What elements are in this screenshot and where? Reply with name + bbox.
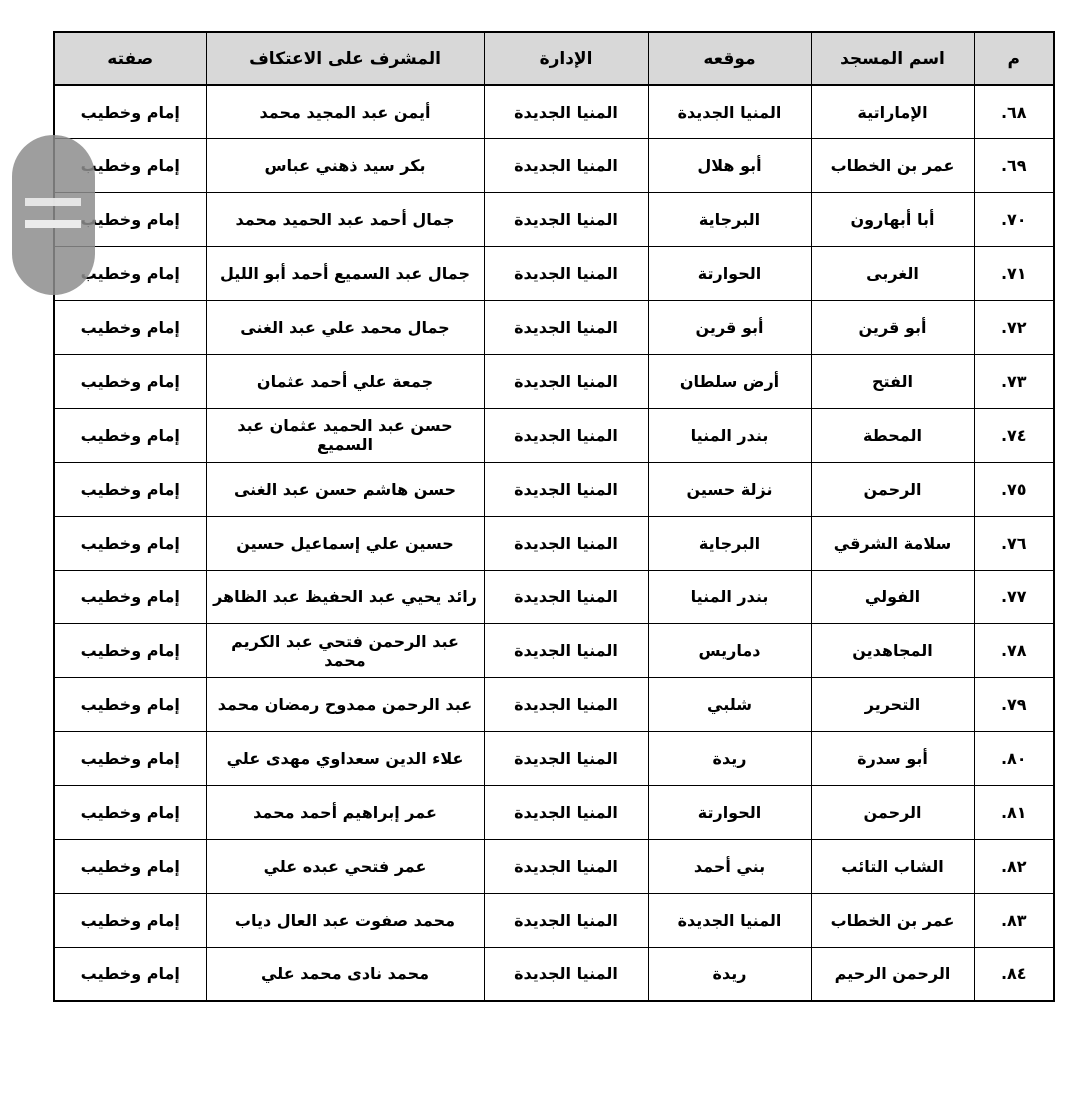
mosque-supervisors-table-container: ماسم المسجدموقعهالإدارةالمشرف على الاعتك… [53,31,1057,1002]
cell-mosque: أبو سدرة [811,732,974,786]
column-header-mosque: اسم المسجد [811,32,974,85]
cell-num: ٧٥. [974,462,1054,516]
cell-mosque: الفتح [811,354,974,408]
cell-admin: المنيا الجديدة [484,301,648,355]
cell-mosque: الشاب التائب [811,839,974,893]
table-header: ماسم المسجدموقعهالإدارةالمشرف على الاعتك… [54,32,1054,85]
cell-location: ريدة [648,732,811,786]
cell-admin: المنيا الجديدة [484,408,648,462]
cell-admin: المنيا الجديدة [484,85,648,139]
cell-admin: المنيا الجديدة [484,893,648,947]
cell-supervisor: حسين علي إسماعيل حسين [206,516,484,570]
cell-supervisor: محمد صفوت عبد العال دياب [206,893,484,947]
cell-role: إمام وخطيب [54,786,206,840]
cell-supervisor: حسن هاشم حسن عبد الغنى [206,462,484,516]
cell-supervisor: جمعة علي أحمد عثمان [206,354,484,408]
cell-role: إمام وخطيب [54,893,206,947]
drag-handle[interactable] [12,135,95,295]
cell-mosque: الرحمن [811,786,974,840]
cell-location: البرجاية [648,516,811,570]
cell-num: ٨٣. [974,893,1054,947]
cell-mosque: الفولي [811,570,974,624]
handle-line-icon [25,220,81,228]
cell-admin: المنيا الجديدة [484,839,648,893]
cell-supervisor: أيمن عبد المجيد محمد [206,85,484,139]
cell-role: إمام وخطيب [54,516,206,570]
cell-admin: المنيا الجديدة [484,570,648,624]
column-header-role: صفته [54,32,206,85]
cell-mosque: الإماراتية [811,85,974,139]
table-row: ٨٠.أبو سدرةريدةالمنيا الجديدةعلاء الدين … [54,732,1054,786]
cell-role: إمام وخطيب [54,570,206,624]
handle-line-icon [25,198,81,206]
cell-location: بندر المنيا [648,570,811,624]
cell-num: ٧٤. [974,408,1054,462]
cell-supervisor: عمر إبراهيم أحمد محمد [206,786,484,840]
header-row: ماسم المسجدموقعهالإدارةالمشرف على الاعتك… [54,32,1054,85]
cell-num: ٧٣. [974,354,1054,408]
cell-num: ٨٤. [974,947,1054,1001]
cell-supervisor: علاء الدين سعداوي مهدى علي [206,732,484,786]
cell-num: ٨١. [974,786,1054,840]
table-row: ٧٩.التحريرشلبيالمنيا الجديدةعبد الرحمن م… [54,678,1054,732]
cell-supervisor: جمال عبد السميع أحمد أبو الليل [206,247,484,301]
cell-admin: المنيا الجديدة [484,947,648,1001]
table-row: ٨١.الرحمنالحوارتةالمنيا الجديدةعمر إبراه… [54,786,1054,840]
table-row: ٨٣.عمر بن الخطابالمنيا الجديدةالمنيا الج… [54,893,1054,947]
cell-admin: المنيا الجديدة [484,354,648,408]
column-header-num: م [974,32,1054,85]
cell-role: إمام وخطيب [54,354,206,408]
cell-role: إمام وخطيب [54,732,206,786]
cell-mosque: المجاهدين [811,624,974,678]
cell-admin: المنيا الجديدة [484,732,648,786]
cell-mosque: الرحمن [811,462,974,516]
table-row: ٧٤.المحطةبندر المنياالمنيا الجديدةحسن عب… [54,408,1054,462]
table-row: ٧٣.الفتحأرض سلطانالمنيا الجديدةجمعة علي … [54,354,1054,408]
cell-num: ٧٢. [974,301,1054,355]
cell-role: إمام وخطيب [54,678,206,732]
cell-supervisor: محمد نادى محمد علي [206,947,484,1001]
cell-location: أبو قرين [648,301,811,355]
cell-mosque: عمر بن الخطاب [811,893,974,947]
table-row: ٦٩.عمر بن الخطابأبو هلالالمنيا الجديدةبك… [54,139,1054,193]
cell-mosque: المحطة [811,408,974,462]
cell-supervisor: عبد الرحمن ممدوح رمضان محمد [206,678,484,732]
cell-mosque: الغربى [811,247,974,301]
cell-mosque: أبو قرين [811,301,974,355]
cell-location: الحوارتة [648,786,811,840]
table-row: ٧٦.سلامة الشرقيالبرجايةالمنيا الجديدةحسي… [54,516,1054,570]
cell-mosque: أبا أبهارون [811,193,974,247]
cell-role: إمام وخطيب [54,947,206,1001]
table-row: ٧٥.الرحمننزلة حسينالمنيا الجديدةحسن هاشم… [54,462,1054,516]
table-body: ٦٨.الإماراتيةالمنيا الجديدةالمنيا الجديد… [54,85,1054,1001]
table-row: ٧٠.أبا أبهارونالبرجايةالمنيا الجديدةجمال… [54,193,1054,247]
cell-num: ٧١. [974,247,1054,301]
cell-role: إمام وخطيب [54,301,206,355]
cell-role: إمام وخطيب [54,839,206,893]
cell-location: المنيا الجديدة [648,85,811,139]
cell-num: ٨٠. [974,732,1054,786]
cell-location: أرض سلطان [648,354,811,408]
cell-supervisor: بكر سيد ذهني عباس [206,139,484,193]
table-row: ٦٨.الإماراتيةالمنيا الجديدةالمنيا الجديد… [54,85,1054,139]
cell-location: ريدة [648,947,811,1001]
cell-admin: المنيا الجديدة [484,247,648,301]
cell-supervisor: جمال أحمد عبد الحميد محمد [206,193,484,247]
table-row: ٧٧.الفوليبندر المنياالمنيا الجديدةرائد ي… [54,570,1054,624]
cell-admin: المنيا الجديدة [484,462,648,516]
cell-num: ٧٩. [974,678,1054,732]
cell-supervisor: رائد يحيي عبد الحفيظ عبد الظاهر [206,570,484,624]
cell-location: بندر المنيا [648,408,811,462]
cell-supervisor: عمر فتحي عبده علي [206,839,484,893]
table-row: ٧٢.أبو قرينأبو قرينالمنيا الجديدةجمال مح… [54,301,1054,355]
cell-admin: المنيا الجديدة [484,516,648,570]
cell-admin: المنيا الجديدة [484,139,648,193]
cell-location: دماريس [648,624,811,678]
column-header-location: موقعه [648,32,811,85]
table-row: ٨٤.الرحمن الرحيمريدةالمنيا الجديدةمحمد ن… [54,947,1054,1001]
cell-supervisor: حسن عبد الحميد عثمان عبد السميع [206,408,484,462]
cell-num: ٦٨. [974,85,1054,139]
cell-num: ٧٠. [974,193,1054,247]
cell-admin: المنيا الجديدة [484,193,648,247]
cell-role: إمام وخطيب [54,85,206,139]
cell-location: شلبي [648,678,811,732]
column-header-admin: الإدارة [484,32,648,85]
cell-admin: المنيا الجديدة [484,678,648,732]
cell-mosque: سلامة الشرقي [811,516,974,570]
cell-mosque: التحرير [811,678,974,732]
cell-supervisor: عبد الرحمن فتحي عبد الكريم محمد [206,624,484,678]
cell-location: الحوارتة [648,247,811,301]
cell-location: البرجاية [648,193,811,247]
cell-role: إمام وخطيب [54,408,206,462]
cell-mosque: الرحمن الرحيم [811,947,974,1001]
cell-num: ٧٨. [974,624,1054,678]
cell-admin: المنيا الجديدة [484,624,648,678]
cell-role: إمام وخطيب [54,624,206,678]
column-header-supervisor: المشرف على الاعتكاف [206,32,484,85]
cell-num: ٨٢. [974,839,1054,893]
cell-location: نزلة حسين [648,462,811,516]
cell-supervisor: جمال محمد علي عبد الغنى [206,301,484,355]
table-row: ٨٢.الشاب التائببني أحمدالمنيا الجديدةعمر… [54,839,1054,893]
mosque-supervisors-table: ماسم المسجدموقعهالإدارةالمشرف على الاعتك… [53,31,1055,1002]
cell-num: ٦٩. [974,139,1054,193]
table-row: ٧٨.المجاهديندماريسالمنيا الجديدةعبد الرح… [54,624,1054,678]
table-row: ٧١.الغربىالحوارتةالمنيا الجديدةجمال عبد … [54,247,1054,301]
cell-num: ٧٦. [974,516,1054,570]
cell-num: ٧٧. [974,570,1054,624]
cell-location: المنيا الجديدة [648,893,811,947]
cell-mosque: عمر بن الخطاب [811,139,974,193]
cell-location: بني أحمد [648,839,811,893]
cell-admin: المنيا الجديدة [484,786,648,840]
cell-location: أبو هلال [648,139,811,193]
cell-role: إمام وخطيب [54,462,206,516]
